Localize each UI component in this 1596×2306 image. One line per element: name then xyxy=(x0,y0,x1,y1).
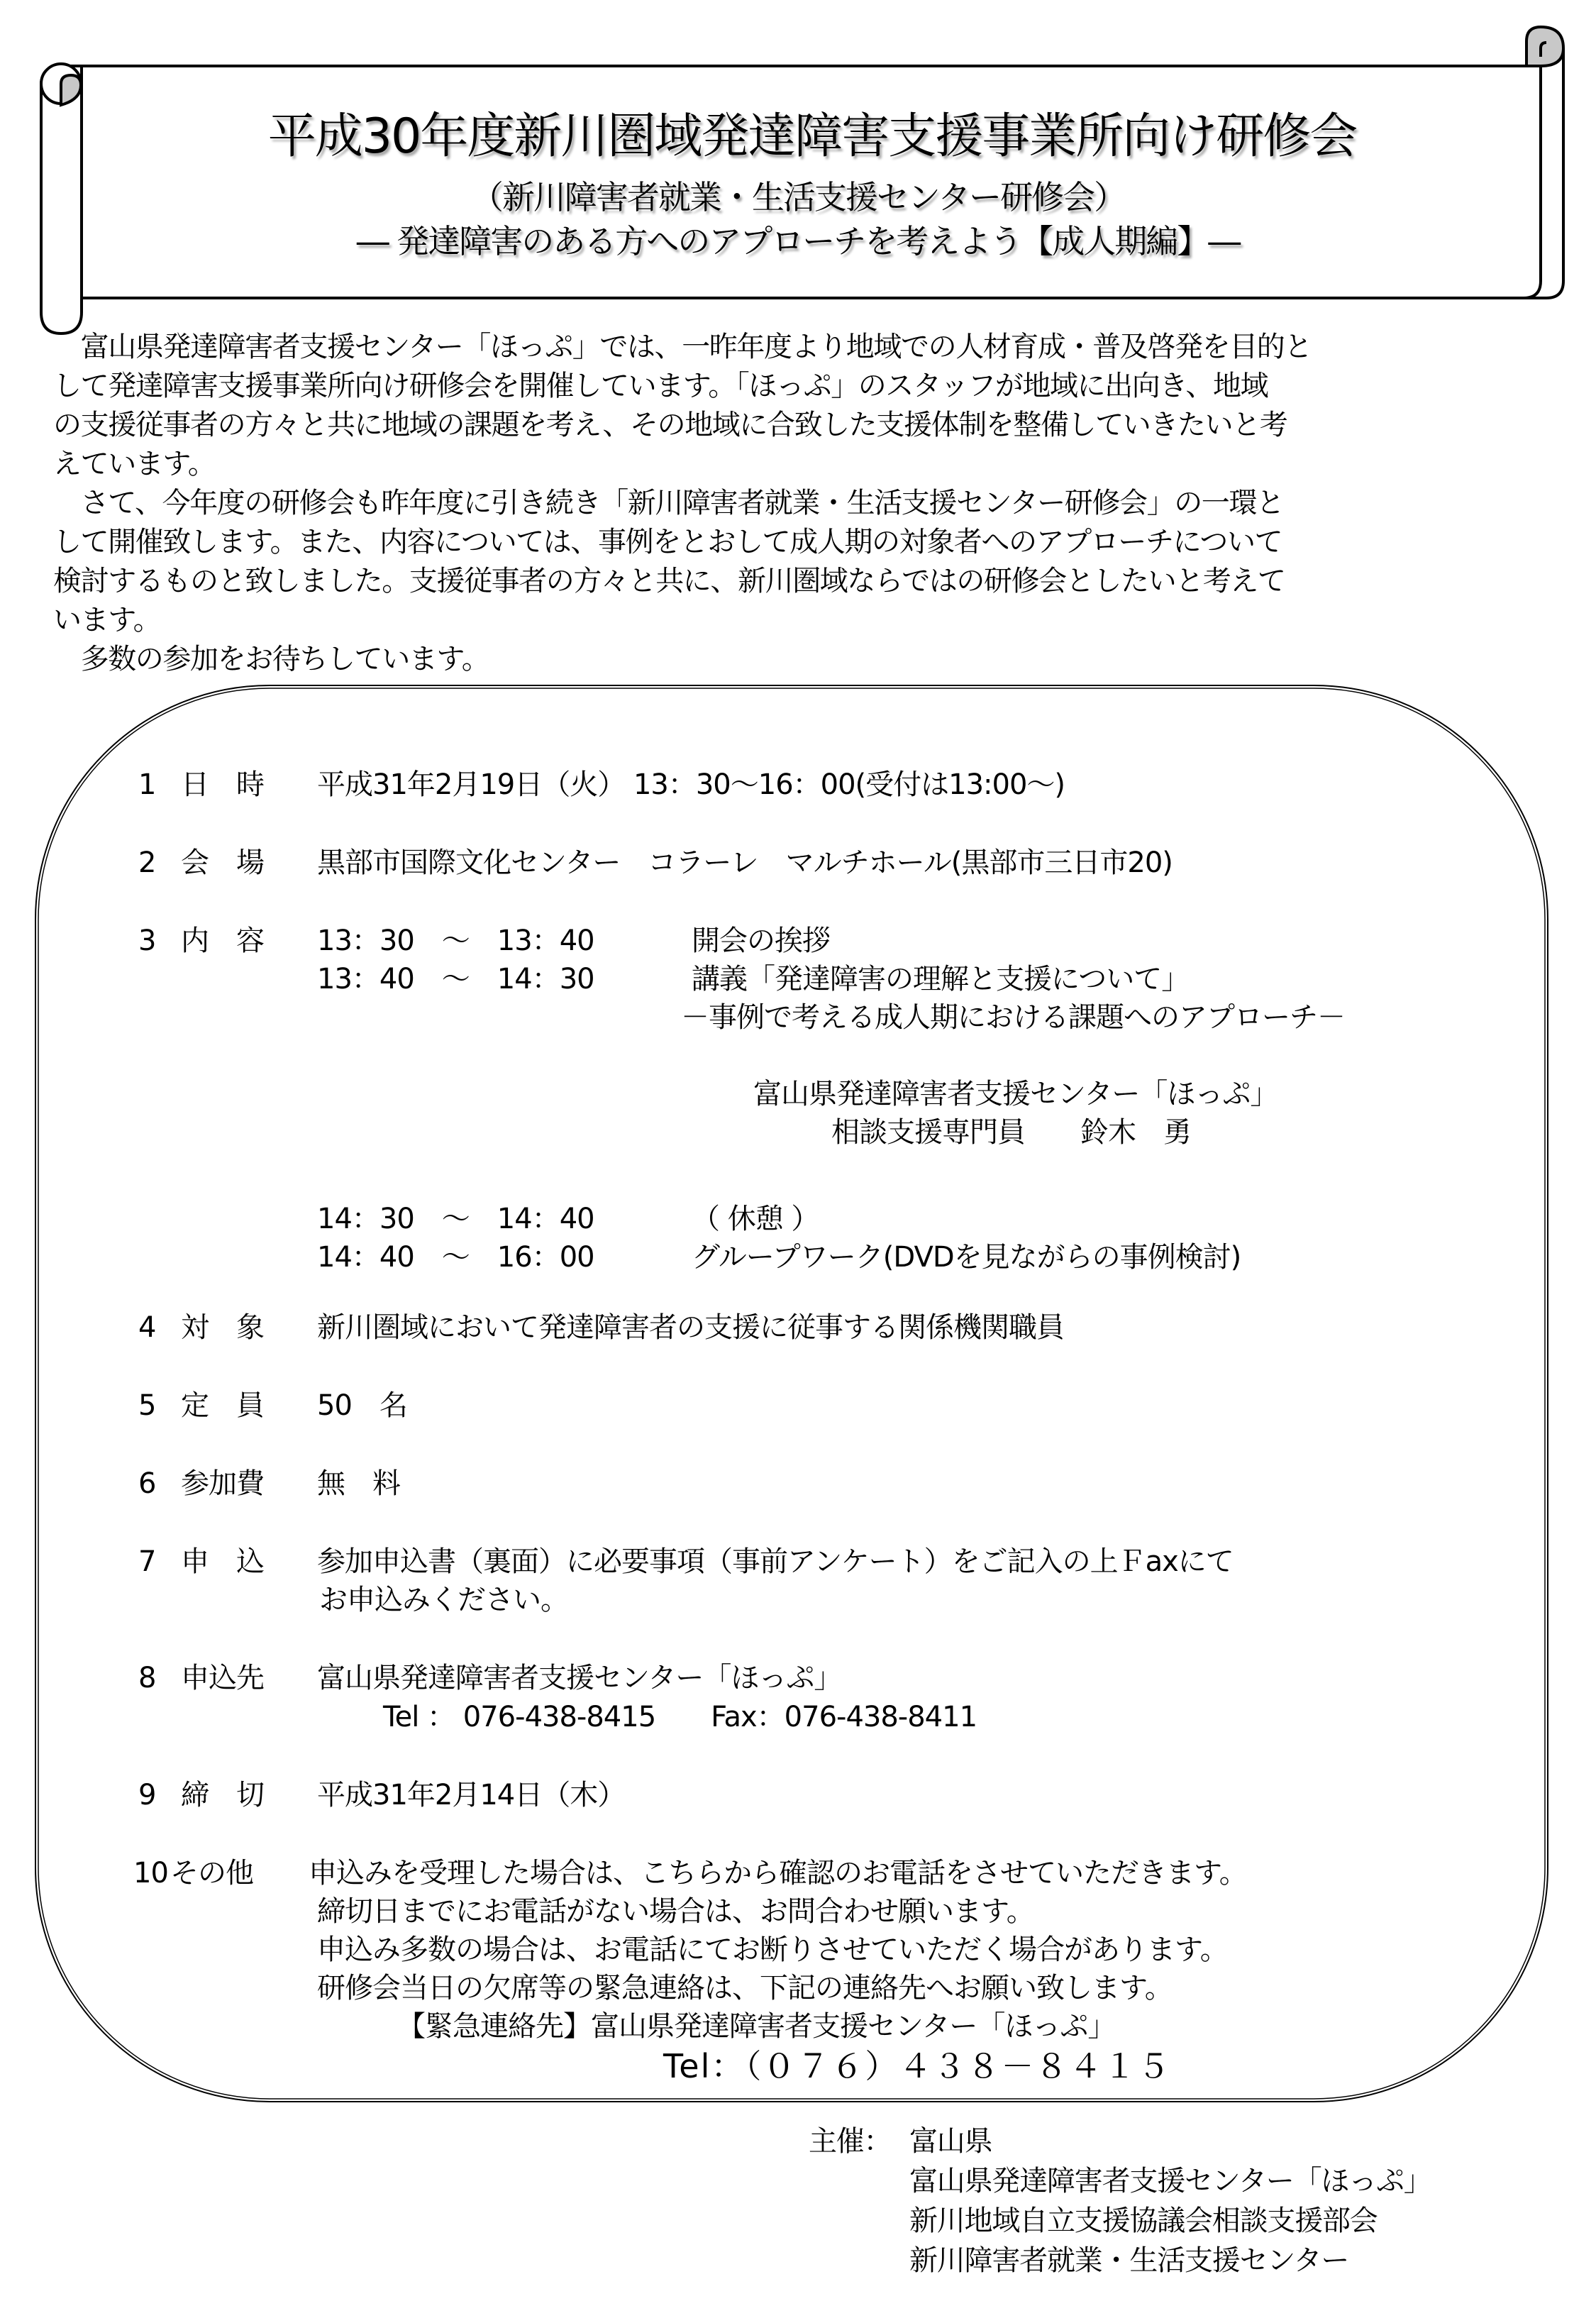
organizer-item: 新川障害者就業・生活支援センター xyxy=(909,2241,1348,2280)
lecture-subtitle: －事例で考える成人期における課題へのアプローチ－ xyxy=(681,998,1345,1037)
detail-num: 9 xyxy=(138,1775,155,1815)
contact-tel-fax: Tel ： 076-438-8415 Fax：076-438-8411 xyxy=(383,1697,977,1737)
detail-value: 参加申込書（裏面）に必要事項（事前アンケート）をご記入の上Ｆaxにて xyxy=(317,1542,1234,1582)
schedule-desc: 講義「発達障害の理解と支援について」 xyxy=(692,959,1189,999)
contact-org: 富山県発達障害者支援センター「ほっぷ」 xyxy=(317,1658,841,1698)
detail-num: 3 xyxy=(138,921,155,961)
schedule-time: 14：30 ～ 14：40 xyxy=(317,1199,594,1239)
detail-num: 5 xyxy=(138,1386,155,1425)
detail-value: 無 料 xyxy=(317,1464,400,1504)
other-line: 研修会当日の欠席等の緊急連絡は、下記の連絡先へお願い致します。 xyxy=(317,1968,1173,2008)
intro-line: の支援従事者の方々と共に地域の課題を考え、その地域に合致した支援体制を整備してい… xyxy=(53,406,1543,445)
schedule-time: 14：40 ～ 16：00 xyxy=(317,1237,594,1277)
intro-line: して開催致します。また、内容については、事例をとおして成人期の対象者へのアプロー… xyxy=(53,523,1543,562)
detail-label: 日 時 xyxy=(181,765,264,805)
schedule-desc: （ 休憩 ） xyxy=(692,1199,819,1239)
detail-num: 7 xyxy=(138,1542,155,1582)
banner-title: 平成30年度新川圏域発達障害支援事業所向け研修会 xyxy=(0,105,1596,169)
detail-num: 1 xyxy=(138,765,155,805)
schedule-desc: 開会の挨拶 xyxy=(692,921,830,961)
detail-value-cont: お申込みください。 xyxy=(319,1580,568,1620)
organizer-item: 富山県 xyxy=(909,2122,992,2161)
banner-subtitle: （新川障害者就業・生活支援センター研修会） xyxy=(0,176,1596,219)
detail-value: 平成31年2月19日（火） 13：30～16：00(受付は13:00～) xyxy=(317,765,1065,805)
emergency-contact-org: 【緊急連絡先】富山県発達障害者支援センター「ほっぷ」 xyxy=(397,2007,1115,2046)
detail-label: 定 員 xyxy=(181,1386,264,1425)
organizer-item: 新川地域自立支援協議会相談支援部会 xyxy=(909,2201,1378,2241)
detail-label: 参加費 xyxy=(181,1464,264,1504)
detail-num: 4 xyxy=(138,1308,155,1347)
other-line: 申込みを受理した場合は、こちらから確認のお電話をさせていただきます。 xyxy=(309,1853,1247,1893)
detail-label: その他 xyxy=(170,1853,253,1893)
schedule-time: 13：30 ～ 13：40 xyxy=(317,921,594,961)
schedule-desc: グループワーク(DVDを見ながらの事例検討) xyxy=(692,1237,1241,1277)
intro-line: 多数の参加をお待ちしています。 xyxy=(53,640,1543,679)
detail-value: 50 名 xyxy=(317,1386,407,1425)
detail-value: 黒部市国際文化センター コラーレ マルチホール(黒部市三日市20) xyxy=(317,843,1173,883)
intro-line: して発達障害支援事業所向け研修会を開催しています。「ほっぷ」のスタッフが地域に出… xyxy=(53,367,1543,406)
other-line: 締切日までにお電話がない場合は、お問合わせ願います。 xyxy=(317,1892,1034,1931)
detail-label: 申込先 xyxy=(181,1658,264,1698)
lecturer-org: 富山県発達障害者支援センター「ほっぷ」 xyxy=(753,1074,1278,1114)
intro-line: 検討するものと致しました。支援従事者の方々と共に、新川圏域ならではの研修会とした… xyxy=(53,562,1543,601)
scroll-banner-frame xyxy=(0,0,1596,341)
detail-value: 新川圏域において発達障害者の支援に従事する関係機関職員 xyxy=(317,1308,1064,1347)
intro-line: さて、今年度の研修会も昨年度に引き続き「新川障害者就業・生活支援センター研修会」… xyxy=(53,484,1543,523)
detail-num: 6 xyxy=(138,1464,155,1504)
detail-label: 申 込 xyxy=(181,1542,264,1582)
detail-num: 8 xyxy=(138,1658,155,1698)
other-line: 申込み多数の場合は、お電話にてお断りさせていただく場合があります。 xyxy=(317,1930,1228,1970)
detail-num: 2 xyxy=(138,843,155,883)
schedule-time: 13：40 ～ 14：30 xyxy=(317,959,594,999)
intro-line: えています。 xyxy=(53,445,1543,484)
detail-label: 内 容 xyxy=(181,921,264,961)
banner-theme: ― 発達障害のある方へのアプローチを考えよう【成人期編】― xyxy=(0,220,1596,263)
intro-line: います。 xyxy=(53,601,1543,640)
detail-label: 対 象 xyxy=(181,1308,264,1347)
detail-num: 10 xyxy=(133,1853,168,1893)
intro-line: 富山県発達障害者支援センター「ほっぷ」では、一昨年度より地域での人材育成・普及啓… xyxy=(53,328,1543,367)
organizer-item: 富山県発達障害者支援センター「ほっぷ」 xyxy=(909,2161,1431,2201)
detail-label: 締 切 xyxy=(181,1775,264,1815)
detail-value: 平成31年2月14日（木） xyxy=(317,1775,625,1815)
detail-label: 会 場 xyxy=(181,843,264,883)
lecturer-name: 相談支援専門員 鈴木 勇 xyxy=(831,1113,1191,1152)
organizers-label: 主催： xyxy=(809,2122,891,2161)
emergency-contact-tel: Tel：（０７６）４３８－８４１５ xyxy=(663,2046,1171,2086)
